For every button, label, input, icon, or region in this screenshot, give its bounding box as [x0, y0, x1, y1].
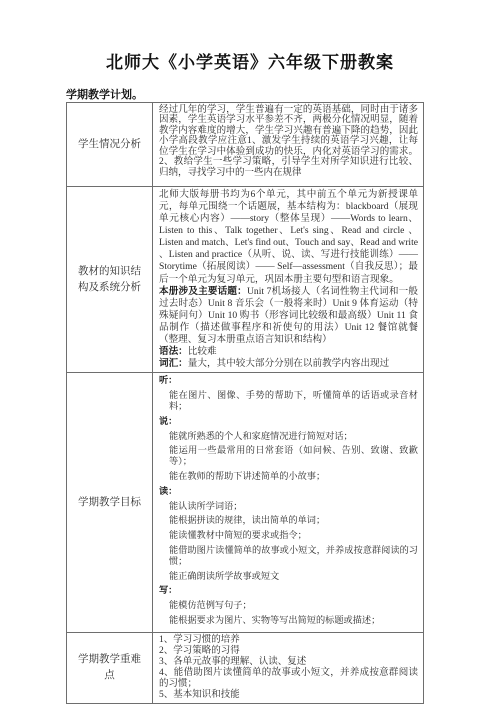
- paragraph-bold-label: 写：: [159, 585, 177, 595]
- table-row: 学期教学重难点1、学习习惯的培养2、学习策略的习得3、各单元故事的理解、认读、复…: [67, 632, 424, 703]
- paragraph: 北师大版每册书均为6个单元，其中前五个单元为新授课单元，每单元围绕一个话题展，基…: [159, 189, 418, 286]
- paragraph-text: 能借助图片读懂简单的故事或小短文，并养成按意群阅读的习惯；: [169, 545, 418, 566]
- paragraph: 经过几年的学习，学生普遍有一定的英语基础，同时由于诸多因素，学生英语学习水平参差…: [159, 105, 418, 178]
- table-row: 学期教学目标听：能在图片、图像、手势的帮助下，听懂简单的话语或录音材料；说：能就…: [67, 373, 424, 632]
- paragraph-text: 能根据拼读的规律，读出简单的单词；: [169, 515, 325, 525]
- paragraph-bold-label: 本册涉及主要话题：: [159, 286, 247, 297]
- paragraph: 能模仿范例写句子；: [159, 600, 418, 611]
- paragraph: 词汇：量大，其中较大部分分别在以前教学内容出现过: [159, 358, 418, 370]
- paragraph: 1、学习习惯的培养: [159, 635, 418, 646]
- paragraph: 能在图片、图像、手势的帮助下，听懂简单的话语或录音材料；: [159, 390, 418, 412]
- teaching-plan-table: 学生情况分析经过几年的学习，学生普遍有一定的英语基础，同时由于诸多因素，学生英语…: [66, 102, 424, 704]
- paragraph-text: 能模仿范例写句子；: [169, 600, 252, 610]
- table-row: 学生情况分析经过几年的学习，学生普遍有一定的英语基础，同时由于诸多因素，学生英语…: [67, 103, 424, 187]
- paragraph: 写：: [159, 585, 418, 596]
- paragraph: 5、基本知识和技能: [159, 690, 418, 701]
- paragraph: 听：: [159, 375, 418, 386]
- paragraph: 能就所熟悉的个人和家庭情况进行简短对话；: [159, 431, 418, 442]
- paragraph-bold-label: 说：: [159, 416, 177, 426]
- paragraph: 说：: [159, 416, 418, 427]
- teaching-plan-table-body: 学生情况分析经过几年的学习，学生普遍有一定的英语基础，同时由于诸多因素，学生英语…: [67, 103, 424, 704]
- paragraph: 能认读所学词语；: [159, 501, 418, 512]
- row-content: 听：能在图片、图像、手势的帮助下，听懂简单的话语或录音材料；说：能就所熟悉的个人…: [153, 373, 424, 632]
- paragraph-text: 经过几年的学习，学生普遍有一定的英语基础，同时由于诸多因素，学生英语学习水平参差…: [159, 105, 418, 178]
- paragraph: 能读懂教材中简短的要求或指令；: [159, 530, 418, 541]
- paragraph: 读：: [159, 486, 418, 497]
- paragraph-text: 能在教师的帮助下讲述简单的小故事；: [169, 471, 325, 481]
- paragraph-text: 北师大版每册书均为6个单元，其中前五个单元为新授课单元，每单元围绕一个话题展，基…: [159, 189, 418, 285]
- row-label: 学期教学目标: [67, 373, 153, 632]
- paragraph-text: 能读懂教材中简短的要求或指令；: [169, 530, 307, 540]
- paragraph-text: 能根据要求为图片、实物等写出简短的标题或描述；: [169, 615, 380, 625]
- paragraph: 4、能借助图片读懂简单的故事或小短文，并养成按意群阅读的习惯；: [159, 668, 418, 690]
- paragraph-text: 能认读所学词语；: [169, 501, 243, 511]
- row-label: 教材的知识结构及系统分析: [67, 187, 153, 373]
- paragraph-text: 能正确朗读所学故事或短文: [169, 571, 279, 581]
- table-row: 教材的知识结构及系统分析北师大版每册书均为6个单元，其中前五个单元为新授课单元，…: [67, 187, 424, 373]
- paragraph-text: 量大，其中较大部分分别在以前教学内容出现过: [188, 358, 389, 369]
- paragraph-bold-label: 听：: [159, 375, 177, 385]
- row-content: 经过几年的学习，学生普遍有一定的英语基础，同时由于诸多因素，学生英语学习水平参差…: [153, 103, 424, 187]
- paragraph-text: 1、学习习惯的培养: [159, 635, 240, 645]
- paragraph-bold-label: 词汇：: [159, 358, 188, 369]
- document-title: 北师大《小学英语》六年级下册教案: [0, 48, 500, 73]
- paragraph-text: 能就所熟悉的个人和家庭情况进行简短对话；: [169, 431, 353, 441]
- row-content: 1、学习习惯的培养2、学习策略的习得3、各单元故事的理解、认读、复述4、能借助图…: [153, 632, 424, 703]
- paragraph-text: 2、学习策略的习得: [159, 646, 240, 656]
- paragraph-text: 能在图片、图像、手势的帮助下，听懂简单的话语或录音材料；: [169, 390, 418, 411]
- document-page: 北师大《小学英语》六年级下册教案 学期教学计划。 学生情况分析经过几年的学习，学…: [0, 0, 500, 707]
- paragraph: 能根据拼读的规律，读出简单的单词；: [159, 515, 418, 526]
- paragraph: 能正确朗读所学故事或短文: [159, 571, 418, 582]
- row-content: 北师大版每册书均为6个单元，其中前五个单元为新授课单元，每单元围绕一个话题展，基…: [153, 187, 424, 373]
- paragraph: 语法：比较难: [159, 346, 418, 358]
- paragraph: 本册涉及主要话题：Unit 7机场接人（名词性物主代词和一般过去时态）Unit …: [159, 286, 418, 346]
- row-label: 学生情况分析: [67, 103, 153, 187]
- paragraph: 能在教师的帮助下讲述简单的小故事；: [159, 471, 418, 482]
- paragraph: 能根据要求为图片、实物等写出简短的标题或描述；: [159, 615, 418, 626]
- paragraph: 2、学习策略的习得: [159, 646, 418, 657]
- paragraph-bold-label: 语法：: [159, 346, 188, 357]
- paragraph-bold-label: 读：: [159, 486, 177, 496]
- row-label: 学期教学重难点: [67, 632, 153, 703]
- paragraph: 能借助图片读懂简单的故事或小短文，并养成按意群阅读的习惯；: [159, 545, 418, 567]
- paragraph-text: 4、能借助图片读懂简单的故事或小短文，并养成按意群阅读的习惯；: [159, 668, 418, 689]
- paragraph-text: 5、基本知识和技能: [159, 690, 240, 700]
- section-heading: 学期教学计划。: [66, 86, 143, 102]
- paragraph-text: 能运用一些最常用的日常套语（如问候、告别、致谢、致歉等）；: [169, 445, 418, 466]
- paragraph-text: 比较难: [188, 346, 217, 357]
- paragraph: 能运用一些最常用的日常套语（如问候、告别、致谢、致歉等）；: [159, 445, 418, 467]
- paragraph-text: 3、各单元故事的理解、认读、复述: [159, 657, 306, 667]
- paragraph: 3、各单元故事的理解、认读、复述: [159, 657, 418, 668]
